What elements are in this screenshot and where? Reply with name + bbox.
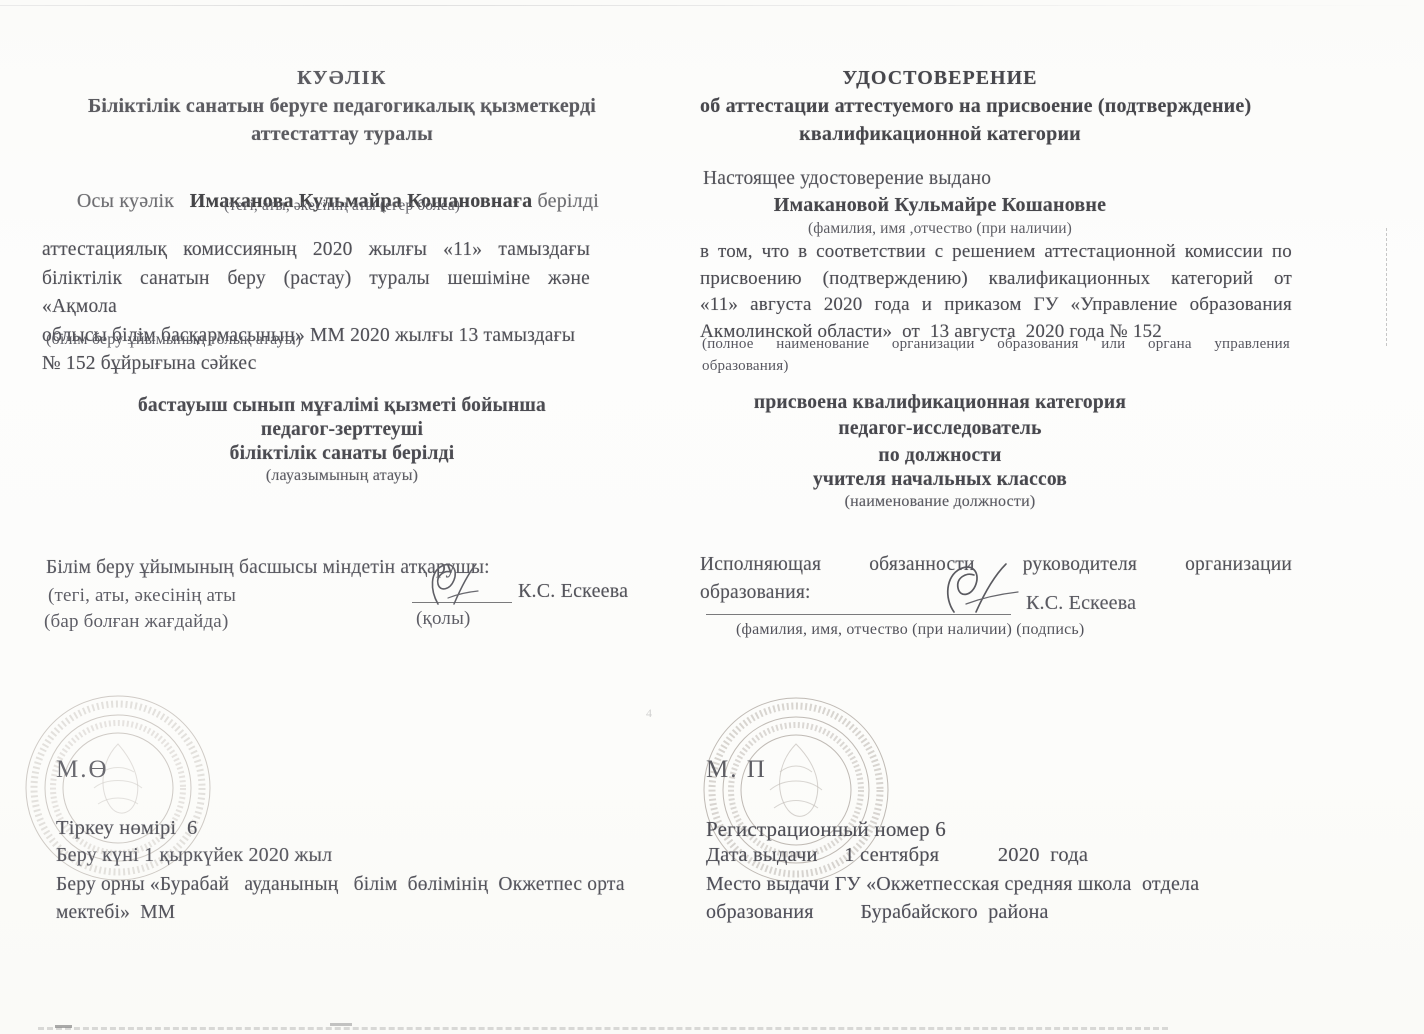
kk-signer-name: К.С. Ескеева: [518, 580, 628, 603]
ru-category-line: по должности: [700, 445, 1180, 467]
ru-title-line: об аттестации аттестуемого на присвоение…: [700, 92, 1180, 120]
scan-edge-line: [0, 5, 1424, 6]
kk-title-line: КУӘЛІК: [42, 64, 642, 92]
kk-body-paragraph: аттестациялық комиссияның 2020 жылғы «11…: [42, 236, 590, 379]
ru-name-hint: (фамилия, имя ,отчество (при наличии): [700, 220, 1180, 238]
ru-category-block: присвоена квалификационная категория пед…: [700, 392, 1180, 511]
ru-issue-place: Место выдачи ГУ «Окжетпесская средняя шк…: [706, 871, 1316, 926]
ru-title-block: УДОСТОВЕРЕНИЕ об аттестации аттестуемого…: [700, 64, 1180, 148]
ru-registration-number: Регистрационный номер 6: [706, 817, 946, 842]
ru-category-line: учителя начальных классов: [700, 469, 1180, 491]
kk-category-line: бастауыш сынып мұғалімі қызметі бойынша: [42, 395, 642, 417]
scan-fold-line: [1386, 228, 1387, 346]
ru-org-hint-line: (полное наименование организации образов…: [702, 333, 1290, 355]
ru-body-line: присвоению (подтверждению) квалификацион…: [700, 266, 1292, 293]
kk-body-line: № 152 бұйрығына сәйкес: [42, 350, 590, 379]
kk-category-line: біліктілік санаты берілді: [42, 443, 642, 465]
ru-body-line: в том, что в соответствии с решением атт…: [700, 239, 1292, 266]
kk-body-line: аттестациялық комиссияның 2020 жылғы «11…: [42, 236, 590, 265]
scan-dash-mark: [55, 1025, 72, 1028]
ru-holder-name: Имакановой Кульмайре Кошановне: [700, 194, 1180, 217]
ru-issued-line: Настоящее удостоверение выдано: [703, 168, 991, 190]
kk-category-block: бастауыш сынып мұғалімі қызметі бойынша …: [42, 395, 642, 485]
kk-fio-hint-2: (бар болған жағдайда): [44, 611, 228, 633]
ru-org-hint: (полное наименование организации образов…: [702, 333, 1290, 377]
ru-title-line: УДОСТОВЕРЕНИЕ: [700, 64, 1180, 92]
signature-icon: [938, 560, 1024, 616]
kk-registration-number: Тіркеу нөмірі 6: [56, 817, 197, 840]
ru-category-line: присвоена квалификационная категория: [700, 392, 1180, 414]
kk-issue-date: Беру күні 1 қыркүйек 2020 жыл: [56, 844, 332, 867]
ru-category-line: педагог-исследователь: [700, 418, 1180, 440]
ru-body-paragraph: в том, что в соответствии с решением атт…: [700, 239, 1292, 345]
ru-body-line: «11» августа 2020 года и приказом ГУ «Уп…: [700, 292, 1292, 319]
scan-dash-mark: [330, 1023, 352, 1026]
kk-stamp-place-label: М.Ө: [56, 756, 109, 784]
kk-fio-hint-1: (тегі, аты, әкесінің аты: [48, 585, 236, 607]
certificate-scan: КУӘЛІК Біліктілік санатын беруге педагог…: [0, 0, 1424, 1034]
kk-title-block: КУӘЛІК Біліктілік санатын беруге педагог…: [42, 64, 642, 148]
kk-issue-place: Беру орны «Бурабай ауданының білім бөлім…: [56, 871, 646, 927]
ru-stamp-place-label: М. П: [706, 756, 767, 784]
signature-icon: [424, 560, 490, 608]
ru-issue-date: Дата выдачи 1 сентября 2020 года: [706, 844, 1088, 867]
ru-position-hint: (наименование должности): [700, 493, 1180, 511]
kk-category-line: педагог-зерттеуші: [42, 419, 642, 441]
kk-position-hint: (лауазымының атауы): [42, 467, 642, 485]
kk-title-line: аттестаттау туралы: [42, 120, 642, 148]
ru-signer-name: К.С. Ескеева: [1026, 592, 1136, 615]
ru-org-hint-line: образования): [702, 355, 1290, 377]
kk-sign-hint: (қолы): [416, 608, 471, 630]
scan-bottom-dashes: [38, 1027, 1168, 1030]
kk-name-hint: (тегі, аты, әкесінің аты (егер болса): [42, 197, 642, 215]
ru-sign-hint: (фамилия, имя, отчество (при наличии) (п…: [736, 621, 1084, 639]
kk-org-hint: (білім беру ұйымының толық атауы): [46, 331, 301, 349]
kk-body-line: біліктілік санатын беру (растау) туралы …: [42, 265, 590, 322]
kk-title-line: Біліктілік санатын беруге педагогикалық …: [42, 92, 642, 120]
ru-title-line: квалификационной категории: [700, 120, 1180, 148]
scan-noise-mark: 4: [646, 706, 652, 721]
